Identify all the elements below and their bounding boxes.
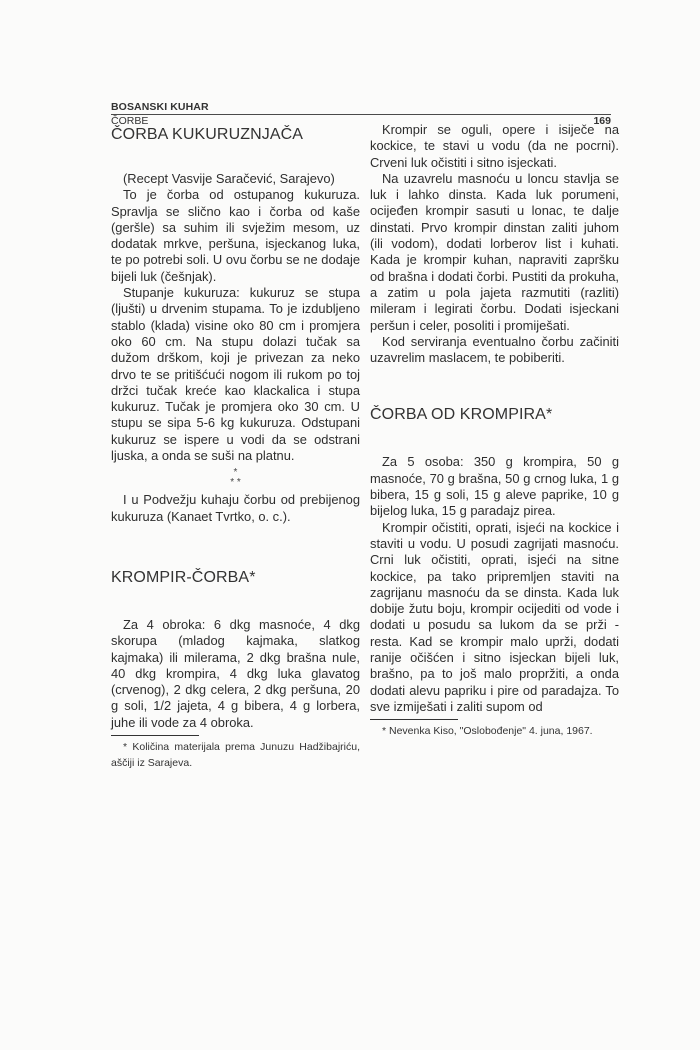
paragraph: Krompir se oguli, opere i isiječe na koc… <box>370 122 619 171</box>
section-separator-asterism: ** * <box>111 468 360 488</box>
ingredients-paragraph: Za 4 obroka: 6 dkg masnoće, 4 dkg skorup… <box>111 617 360 731</box>
book-title: BOSANSKI KUHAR <box>111 102 611 113</box>
right-column: Krompir se oguli, opere i isiječe na koc… <box>370 122 619 739</box>
method-paragraph: Krompir očistiti, oprati, isjeći na kock… <box>370 520 619 716</box>
footnote: * Količina materijala prema Junuzu Hadži… <box>111 739 360 771</box>
recipe-title-krompir-corba: KROMPIR-ČORBA* <box>111 569 360 587</box>
paragraph: I u Podvežju kuhaju čorbu od prebijenog … <box>111 492 360 525</box>
left-column: ČORBA KUKURUZNJAČA (Recept Vasvije Sarač… <box>111 122 360 771</box>
paragraph: Kod serviranja eventualno čorbu začiniti… <box>370 334 619 367</box>
footnote-text: * Količina materijala prema Junuzu Hadži… <box>111 741 360 769</box>
ingredients-paragraph: Za 5 osoba: 350 g krompira, 50 g masnoće… <box>370 454 619 519</box>
footnote-rule <box>370 719 458 720</box>
footnote-text: * Nevenka Kiso, "Oslobođenje" 4. juna, 1… <box>370 725 593 737</box>
recipe-title-corba-kukuruznjaca: ČORBA KUKURUZNJAČA <box>111 126 360 144</box>
paragraph: To je čorba od ostupanog kuku­ruza. Spra… <box>111 187 360 285</box>
paragraph: Na uzavrelu masnoću u loncu stavlja se l… <box>370 171 619 334</box>
recipe-title-corba-od-krompira: ČORBA OD KROMPIRA* <box>370 406 619 424</box>
recipe-attribution: (Recept Vasvije Saračević, Sarajevo) <box>111 171 360 187</box>
paragraph: Stupanje kukuruza: kukuruz se stupa (lju… <box>111 285 360 464</box>
footnote-rule <box>111 735 199 736</box>
header-rule <box>111 114 611 115</box>
footnote: * Nevenka Kiso, "Oslobođenje" 4. juna, 1… <box>370 723 619 739</box>
